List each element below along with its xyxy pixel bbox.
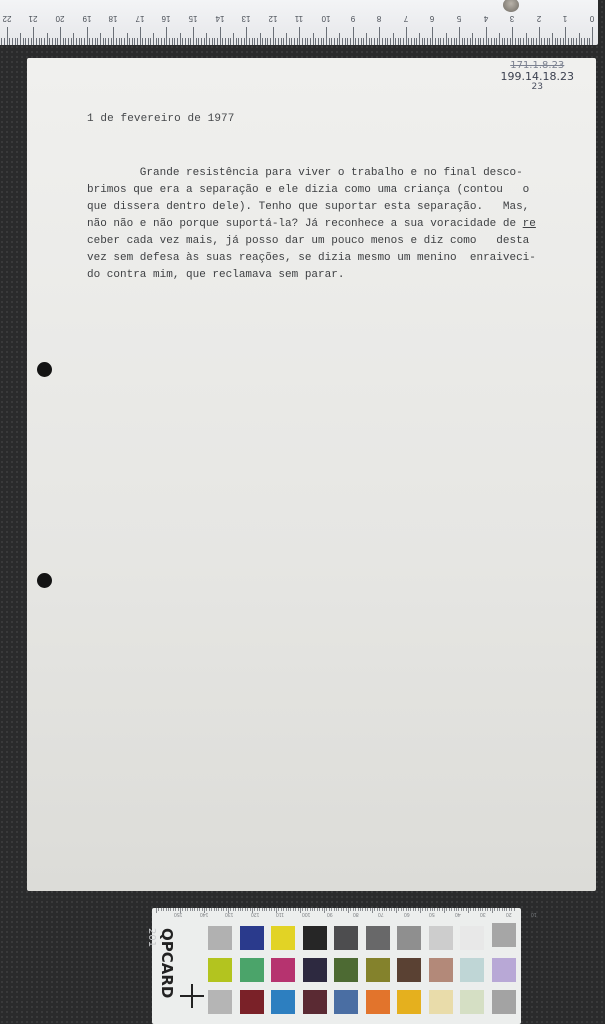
ruler-tick bbox=[33, 27, 34, 45]
ruler-ticks bbox=[0, 25, 598, 45]
color-swatch bbox=[334, 926, 358, 950]
color-swatch bbox=[429, 926, 453, 950]
card-scale-tick bbox=[502, 908, 503, 911]
ruler-label: 11 bbox=[291, 14, 307, 23]
ruler-tick bbox=[411, 38, 412, 45]
ruler-label: 22 bbox=[0, 14, 15, 23]
ruler-tick bbox=[422, 38, 423, 45]
ruler-tick bbox=[132, 38, 133, 45]
ruler-tick bbox=[459, 27, 460, 45]
ruler-tick bbox=[127, 33, 128, 45]
card-scale-tick bbox=[497, 908, 498, 911]
card-scale-label: 80 bbox=[353, 911, 359, 917]
ruler-tick bbox=[499, 33, 500, 45]
ruler-tick bbox=[119, 38, 120, 45]
card-scale-tick bbox=[466, 908, 467, 911]
ruler-tick bbox=[480, 38, 481, 45]
card-scale-tick bbox=[461, 908, 462, 911]
card-scale-tick bbox=[274, 908, 275, 911]
ruler-tick bbox=[446, 33, 447, 45]
ruler-tick bbox=[475, 38, 476, 45]
ruler-tick bbox=[579, 33, 580, 45]
ruler-tick bbox=[262, 38, 263, 45]
card-scale-tick bbox=[360, 908, 361, 911]
ruler-tick bbox=[523, 38, 524, 45]
ruler-tick bbox=[182, 38, 183, 45]
ruler-tick bbox=[273, 27, 274, 45]
card-scale-tick bbox=[442, 908, 443, 911]
card-scale-tick bbox=[396, 908, 397, 913]
card-scale-tick bbox=[166, 908, 167, 911]
ruler-tick bbox=[238, 38, 239, 45]
ruler-tick bbox=[573, 38, 574, 45]
ruler-tick bbox=[198, 38, 199, 45]
ruler-tick bbox=[472, 33, 473, 45]
card-scale-tick bbox=[264, 908, 265, 911]
ruler-tick bbox=[557, 38, 558, 45]
text-line: do contra mim, que reclamava sem parar. bbox=[87, 267, 547, 284]
card-scale-tick bbox=[187, 908, 188, 911]
ruler-tick bbox=[156, 38, 157, 45]
ruler-tick bbox=[358, 38, 359, 45]
card-scale-tick bbox=[298, 908, 299, 911]
color-swatch bbox=[271, 926, 295, 950]
ruler-tick bbox=[329, 38, 330, 45]
color-swatch bbox=[366, 958, 390, 982]
ruler-tick bbox=[49, 38, 50, 45]
ruler-tick bbox=[47, 33, 48, 45]
punch-hole-top bbox=[37, 362, 52, 377]
card-scale-label: 130 bbox=[225, 911, 233, 917]
card-scale-tick bbox=[214, 908, 215, 911]
ruler-tick bbox=[275, 38, 276, 45]
ruler-tick bbox=[172, 38, 173, 45]
color-reference-card: 150140130120110100908070605040302010 QPC… bbox=[152, 908, 521, 1024]
card-scale-tick bbox=[413, 908, 414, 911]
ruler-tick bbox=[470, 38, 471, 45]
ruler-tick bbox=[190, 38, 191, 45]
ruler-tick bbox=[196, 38, 197, 45]
ruler-tick bbox=[23, 38, 24, 45]
ruler-tick bbox=[108, 38, 109, 45]
ruler-tick bbox=[281, 38, 282, 45]
text-line: ceber cada vez mais, já posso dar um pou… bbox=[87, 233, 547, 250]
ruler-tick bbox=[65, 38, 66, 45]
ruler-label: 20 bbox=[52, 14, 68, 23]
ruler-tick bbox=[568, 38, 569, 45]
ruler-tick bbox=[164, 38, 165, 45]
ruler-tick bbox=[150, 38, 151, 45]
color-swatch bbox=[366, 926, 390, 950]
text-line: não não e não porque suportá-la? Já reco… bbox=[87, 216, 547, 233]
ruler-tick bbox=[366, 33, 367, 45]
ruler-label: 8 bbox=[371, 14, 387, 23]
ruler-tick bbox=[560, 38, 561, 45]
card-scale-tick bbox=[370, 908, 371, 911]
card-scale-tick bbox=[439, 908, 440, 911]
ruler-label: 17 bbox=[132, 14, 148, 23]
ruler-tick bbox=[291, 38, 292, 45]
card-scale-tick bbox=[295, 908, 296, 911]
ruler-tick bbox=[260, 33, 261, 45]
crosshair-icon-vertical bbox=[191, 984, 193, 1008]
ruler-tick bbox=[587, 38, 588, 45]
ruler-tick bbox=[52, 38, 53, 45]
ruler-tick bbox=[536, 38, 537, 45]
card-scale-tick bbox=[410, 908, 411, 911]
card-scale-label: 60 bbox=[404, 911, 410, 917]
ruler-tick bbox=[416, 38, 417, 45]
ruler-tick bbox=[4, 38, 5, 45]
ruler-tick bbox=[518, 38, 519, 45]
card-scale-tick bbox=[336, 908, 337, 911]
ruler-label: 2 bbox=[531, 14, 547, 23]
ruler-tick bbox=[350, 38, 351, 45]
color-swatch bbox=[366, 990, 390, 1014]
card-scale-tick bbox=[163, 908, 164, 911]
ruler-label: 3 bbox=[504, 14, 520, 23]
ruler-tick bbox=[563, 38, 564, 45]
ruler-label: 4 bbox=[478, 14, 494, 23]
ruler-tick bbox=[244, 38, 245, 45]
card-scale-tick bbox=[422, 908, 423, 911]
ruler-tick bbox=[406, 27, 407, 45]
card-scale-label: 100 bbox=[302, 911, 310, 917]
ruler-tick bbox=[100, 33, 101, 45]
ruler-label: 10 bbox=[318, 14, 334, 23]
ruler-tick bbox=[321, 38, 322, 45]
document-date: 1 de fevereiro de 1977 bbox=[87, 113, 234, 125]
card-scale-tick bbox=[350, 908, 351, 911]
ruler-tick bbox=[236, 38, 237, 45]
card-scale-tick bbox=[324, 908, 325, 913]
color-swatch bbox=[397, 926, 421, 950]
ruler-tick bbox=[206, 33, 207, 45]
card-scale-tick bbox=[499, 908, 500, 911]
ruler-tick bbox=[494, 38, 495, 45]
ruler-tick bbox=[289, 38, 290, 45]
card-scale-label: 120 bbox=[251, 911, 259, 917]
card-scale-tick bbox=[190, 908, 191, 911]
color-swatch bbox=[208, 958, 232, 982]
ruler-tick bbox=[44, 38, 45, 45]
ruler-tick bbox=[549, 38, 550, 45]
ruler-tick bbox=[387, 38, 388, 45]
ruler-label: 12 bbox=[265, 14, 281, 23]
ruler-tick bbox=[547, 38, 548, 45]
ruler-tick bbox=[230, 38, 231, 45]
ruler-tick bbox=[403, 38, 404, 45]
card-scale-tick bbox=[437, 908, 438, 911]
card-scale-tick bbox=[221, 908, 222, 911]
ruler-tick bbox=[451, 38, 452, 45]
ruler-tick bbox=[496, 38, 497, 45]
ruler-tick bbox=[254, 38, 255, 45]
card-scale-tick bbox=[240, 908, 241, 911]
card-scale-label: 70 bbox=[378, 911, 384, 917]
ruler-tick bbox=[92, 38, 93, 45]
ruler-tick bbox=[486, 27, 487, 45]
card-scale-tick bbox=[317, 908, 318, 911]
card-scale-tick bbox=[444, 908, 445, 913]
card-scale-tick bbox=[490, 908, 491, 911]
color-swatch bbox=[271, 958, 295, 982]
ruler-label: 16 bbox=[158, 14, 174, 23]
card-scale-label: 140 bbox=[200, 911, 208, 917]
ruler-tick bbox=[31, 38, 32, 45]
ruler-tick bbox=[270, 38, 271, 45]
ruler-tick bbox=[105, 38, 106, 45]
ruler-tick bbox=[377, 38, 378, 45]
ruler-tick bbox=[541, 38, 542, 45]
color-swatch bbox=[492, 990, 516, 1014]
card-scale-tick bbox=[156, 908, 157, 913]
ruler-tick bbox=[286, 33, 287, 45]
ruler-tick bbox=[220, 27, 221, 45]
text-line: Grande resistência para viver o trabalho… bbox=[87, 165, 547, 182]
ruler-tick bbox=[193, 27, 194, 45]
ruler-tick bbox=[355, 38, 356, 45]
ruler-tick bbox=[84, 38, 85, 45]
card-scale-tick bbox=[394, 908, 395, 911]
ruler-tick bbox=[438, 38, 439, 45]
card-scale-tick bbox=[242, 908, 243, 911]
card-scale-tick bbox=[475, 908, 476, 911]
document-body: Grande resistência para viver o trabalho… bbox=[87, 165, 547, 284]
color-swatch bbox=[460, 926, 484, 950]
card-scale-tick bbox=[418, 908, 419, 911]
ruler-tick bbox=[121, 38, 122, 45]
color-swatch bbox=[240, 926, 264, 950]
ruler-tick bbox=[430, 38, 431, 45]
ruler-tick bbox=[249, 38, 250, 45]
ruler-tick bbox=[142, 38, 143, 45]
card-scale-tick bbox=[468, 908, 469, 913]
card-scale-label: 20 bbox=[506, 911, 512, 917]
document-page: 171.1.8.23 199.14.18.23 23 1 de fevereir… bbox=[27, 58, 596, 891]
card-logo: QPCARD 201 bbox=[156, 928, 176, 1016]
card-scale-tick bbox=[158, 908, 159, 911]
card-scale-label: 110 bbox=[276, 911, 284, 917]
card-scale-tick bbox=[487, 908, 488, 911]
color-swatch bbox=[460, 990, 484, 1014]
ruler-tick bbox=[435, 38, 436, 45]
card-scale-tick bbox=[367, 908, 368, 911]
ruler-tick bbox=[225, 38, 226, 45]
ruler-tick bbox=[169, 38, 170, 45]
ruler-tick bbox=[576, 38, 577, 45]
card-scale-tick bbox=[319, 908, 320, 911]
ruler-tick bbox=[7, 27, 8, 45]
text-line: brimos que era a separação e ele dizia c… bbox=[87, 182, 547, 199]
color-swatch bbox=[303, 958, 327, 982]
ruler-tick bbox=[443, 38, 444, 45]
ruler-tick bbox=[111, 38, 112, 45]
card-scale-tick bbox=[211, 908, 212, 911]
ruler-tick bbox=[448, 38, 449, 45]
card-scale-label: 40 bbox=[455, 911, 461, 917]
card-scale-tick bbox=[420, 908, 421, 913]
card-scale-tick bbox=[362, 908, 363, 911]
card-scale-tick bbox=[209, 908, 210, 911]
ruler-tick bbox=[1, 38, 2, 45]
ruler-tick bbox=[137, 38, 138, 45]
ruler-tick bbox=[456, 38, 457, 45]
ruler-tick bbox=[379, 27, 380, 45]
color-swatch bbox=[303, 990, 327, 1014]
ruler-tick bbox=[528, 38, 529, 45]
color-swatch bbox=[429, 958, 453, 982]
ruler-tick bbox=[267, 38, 268, 45]
ruler-tick bbox=[507, 38, 508, 45]
ruler-label: 1 bbox=[557, 14, 573, 23]
card-scale-tick bbox=[312, 908, 313, 911]
underlined-text: re bbox=[523, 218, 536, 230]
ruler-tick bbox=[533, 38, 534, 45]
card-scale-tick bbox=[168, 908, 169, 911]
ruler-tick bbox=[28, 38, 29, 45]
ruler-label: 13 bbox=[238, 14, 254, 23]
ruler-tick bbox=[185, 38, 186, 45]
ruler-tick bbox=[124, 38, 125, 45]
card-scale-tick bbox=[218, 908, 219, 911]
ruler-tick bbox=[241, 38, 242, 45]
ruler-tick bbox=[294, 38, 295, 45]
card-scale-tick bbox=[401, 908, 402, 911]
ruler-tick bbox=[310, 38, 311, 45]
ruler-tick bbox=[440, 38, 441, 45]
ruler-tick bbox=[504, 38, 505, 45]
ruler-tick bbox=[393, 33, 394, 45]
ruler-tick bbox=[153, 33, 154, 45]
card-scale-label: 10 bbox=[531, 911, 537, 917]
ruler-tick bbox=[305, 38, 306, 45]
ruler-label: 14 bbox=[212, 14, 228, 23]
ruler-tick bbox=[166, 27, 167, 45]
ruler-tick bbox=[571, 38, 572, 45]
ruler-tick bbox=[592, 27, 593, 45]
ruler-tick bbox=[483, 38, 484, 45]
ruler-label: 5 bbox=[451, 14, 467, 23]
card-scale-tick bbox=[494, 908, 495, 911]
ruler-tick bbox=[39, 38, 40, 45]
color-swatch bbox=[397, 990, 421, 1014]
ruler-tick bbox=[313, 33, 314, 45]
ruler-tick bbox=[520, 38, 521, 45]
ruler-tick bbox=[63, 38, 64, 45]
card-scale-tick bbox=[247, 908, 248, 911]
ruler-label: 19 bbox=[79, 14, 95, 23]
ruler-tick bbox=[432, 27, 433, 45]
color-swatch bbox=[334, 990, 358, 1014]
ruler-tick bbox=[12, 38, 13, 45]
ruler-tick bbox=[427, 38, 428, 45]
ruler-tick bbox=[278, 38, 279, 45]
card-brand: QPCARD bbox=[158, 928, 176, 998]
ruler-tick bbox=[424, 38, 425, 45]
ruler-tick bbox=[214, 38, 215, 45]
ruler-tick bbox=[408, 38, 409, 45]
card-scale: 150140130120110100908070605040302010 bbox=[152, 908, 521, 918]
ruler-label: 9 bbox=[345, 14, 361, 23]
ruler-tick bbox=[369, 38, 370, 45]
ruler-tick bbox=[361, 38, 362, 45]
ruler-tick bbox=[41, 38, 42, 45]
ruler-tick bbox=[201, 38, 202, 45]
card-scale-tick bbox=[473, 908, 474, 911]
card-scale-tick bbox=[161, 908, 162, 911]
ruler-tick bbox=[76, 38, 77, 45]
ruler-label: 6 bbox=[424, 14, 440, 23]
ruler-tick bbox=[302, 38, 303, 45]
ruler-tick bbox=[400, 38, 401, 45]
ruler-tick bbox=[353, 27, 354, 45]
ruler-tick bbox=[228, 38, 229, 45]
ruler-tick bbox=[103, 38, 104, 45]
ruler-tick bbox=[57, 38, 58, 45]
ruler-tick bbox=[299, 27, 300, 45]
ruler-tick bbox=[515, 38, 516, 45]
ruler-tick bbox=[345, 38, 346, 45]
ruler-tick bbox=[398, 38, 399, 45]
ruler-tick bbox=[212, 38, 213, 45]
page-number: 23 bbox=[501, 82, 574, 93]
ruler-tick bbox=[113, 27, 114, 45]
ruler-tick bbox=[177, 38, 178, 45]
punch-hole-bottom bbox=[37, 573, 52, 588]
ruler-tick bbox=[419, 33, 420, 45]
ruler-label: 18 bbox=[105, 14, 121, 23]
ruler-tick bbox=[79, 38, 80, 45]
card-scale-tick bbox=[235, 908, 236, 911]
ruler-tick bbox=[17, 38, 18, 45]
card-scale-tick bbox=[192, 908, 193, 911]
ruler-tick bbox=[315, 38, 316, 45]
ruler-tick bbox=[145, 38, 146, 45]
ruler-tick bbox=[297, 38, 298, 45]
ruler-tick bbox=[342, 38, 343, 45]
ruler-tick bbox=[371, 38, 372, 45]
ruler-tick bbox=[71, 38, 72, 45]
ruler-tick bbox=[265, 38, 266, 45]
card-scale-label: 50 bbox=[429, 911, 435, 917]
card-scale-tick bbox=[374, 908, 375, 911]
card-scale-tick bbox=[293, 908, 294, 911]
color-swatch bbox=[334, 958, 358, 982]
ruler-tick bbox=[414, 38, 415, 45]
ruler-label: 15 bbox=[185, 14, 201, 23]
card-scale-tick bbox=[314, 908, 315, 911]
ruler-tick bbox=[555, 38, 556, 45]
ruler-tick bbox=[374, 38, 375, 45]
card-scale-tick bbox=[389, 908, 390, 911]
color-swatch bbox=[240, 990, 264, 1014]
ruler-tick bbox=[174, 38, 175, 45]
ruler-tick bbox=[233, 33, 234, 45]
card-scale-tick bbox=[334, 908, 335, 911]
card-scale-tick bbox=[288, 908, 289, 911]
card-scale-label: 30 bbox=[480, 911, 486, 917]
card-model: 201 bbox=[146, 928, 157, 947]
color-swatch bbox=[460, 958, 484, 982]
ruler-tick bbox=[55, 38, 56, 45]
color-swatch bbox=[303, 926, 327, 950]
ruler-tick bbox=[148, 38, 149, 45]
ruler-tick bbox=[36, 38, 37, 45]
ruler-tick bbox=[581, 38, 582, 45]
ruler-tick bbox=[180, 33, 181, 45]
ruler-tick bbox=[318, 38, 319, 45]
